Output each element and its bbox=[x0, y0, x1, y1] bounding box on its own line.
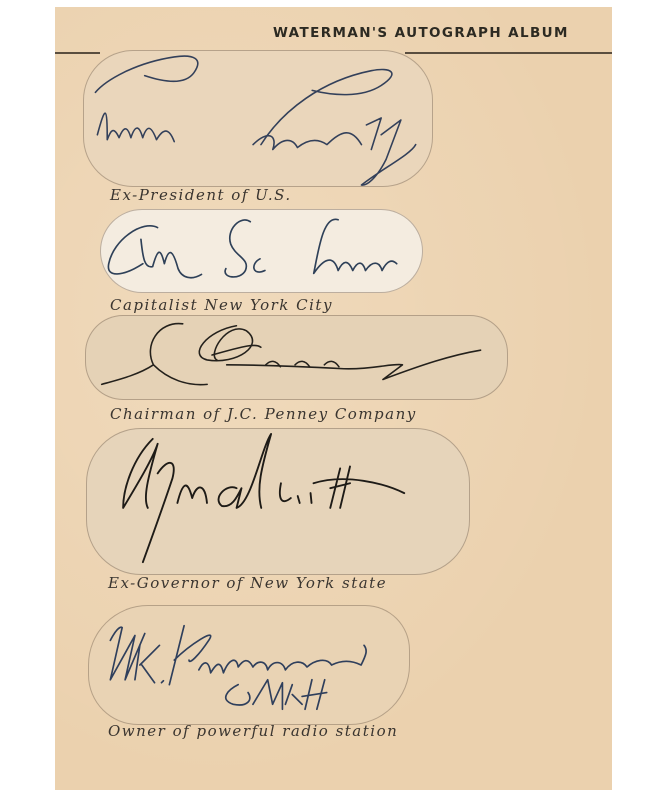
signature-slip-henderson: W. K. Henderson KWKH bbox=[88, 605, 410, 725]
signature-icon bbox=[87, 429, 469, 574]
caption-coolidge: Ex-President of U.S. bbox=[110, 186, 292, 204]
signature-slip-penney: J. C. Penney bbox=[85, 315, 508, 400]
signature-icon bbox=[86, 316, 507, 399]
signature-slip-schwab: C. M. Schwab bbox=[100, 209, 423, 293]
caption-smith: Ex-Governor of New York state bbox=[108, 574, 387, 592]
signature-icon bbox=[84, 51, 432, 186]
signature-slip-coolidge: Calvin Coolidge bbox=[83, 50, 433, 187]
album-title: WATERMAN'S AUTOGRAPH ALBUM bbox=[273, 25, 569, 41]
signature-icon bbox=[89, 606, 409, 724]
signature-icon bbox=[101, 210, 422, 292]
header-rule bbox=[405, 52, 612, 54]
caption-penney: Chairman of J.C. Penney Company bbox=[110, 405, 417, 423]
caption-henderson: Owner of powerful radio station bbox=[108, 722, 398, 740]
signature-slip-smith: Alfred E. Smith bbox=[86, 428, 470, 575]
